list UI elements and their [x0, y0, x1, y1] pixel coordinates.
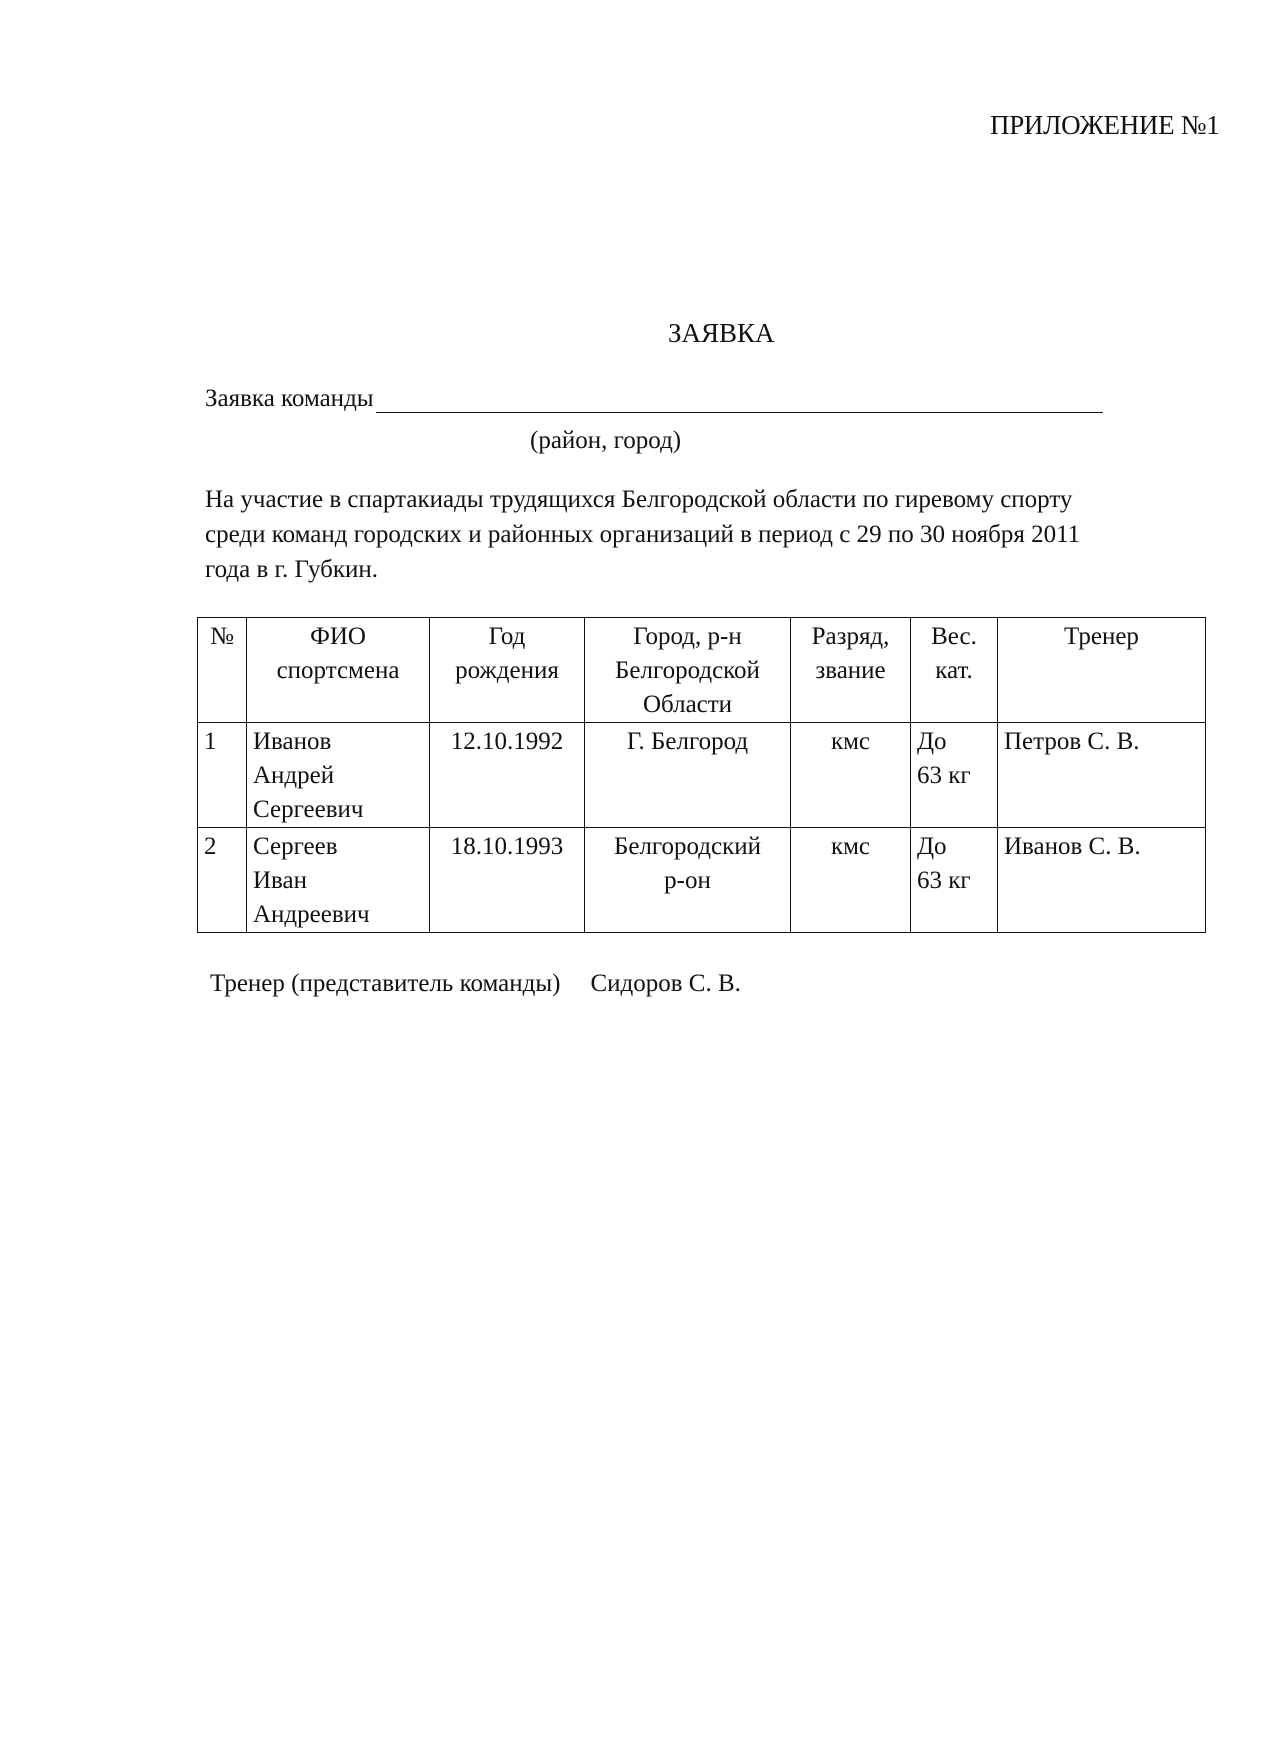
cell-num: 1 [198, 723, 247, 828]
cell-rank: кмс [791, 723, 911, 828]
cell-line: Сергеевич [253, 793, 423, 827]
cell-line: рождения [436, 654, 578, 688]
cell-line: Г. Белгород [591, 725, 784, 759]
cell-line: Иванов [253, 725, 423, 759]
header-rank: Разряд,звание [791, 618, 911, 723]
intro-paragraph: На участие в спартакиады трудящихся Белг… [205, 482, 1265, 587]
paragraph-line: среди команд городских и районных органи… [205, 517, 1265, 552]
cell-line: Вес. [917, 620, 991, 654]
cell-line: р-он [591, 864, 784, 898]
header-city: Город, р-нБелгородскойОбласти [585, 618, 791, 723]
header-birth: Годрождения [430, 618, 585, 723]
team-field-label: Заявка команды [205, 385, 374, 413]
cell-line: Белгородский [591, 830, 784, 864]
cell-line: До [917, 830, 991, 864]
coach-value: Сидоров С. В. [590, 970, 740, 997]
cell-line: Области [591, 688, 784, 722]
header-coach: Тренер [998, 618, 1206, 723]
table-row: 2 СергеевИванАндреевич 18.10.1993 Белгор… [198, 828, 1206, 933]
cell-line: Сергеев [253, 830, 423, 864]
cell-line: № [204, 620, 240, 654]
coach-signature-line: Тренер (представитель команды)Сидоров С.… [210, 970, 741, 998]
appendix-label: ПРИЛОЖЕНИЕ №1 [990, 110, 1219, 141]
header-num: № [198, 618, 247, 723]
cell-birth: 18.10.1993 [430, 828, 585, 933]
cell-weight: До63 кг [911, 828, 998, 933]
cell-weight: До63 кг [911, 723, 998, 828]
athletes-table: № ФИОспортсмена Годрождения Город, р-нБе… [197, 617, 1206, 933]
header-name: ФИОспортсмена [247, 618, 430, 723]
cell-name: ИвановАндрейСергеевич [247, 723, 430, 828]
team-field-blank[interactable] [376, 390, 1103, 413]
cell-line: До [917, 725, 991, 759]
cell-line: Иван [253, 864, 423, 898]
cell-line: 63 кг [917, 759, 991, 793]
cell-line: Разряд, [797, 620, 904, 654]
cell-line: Год [436, 620, 578, 654]
header-weight: Вес.кат. [911, 618, 998, 723]
cell-city: Белгородскийр-он [585, 828, 791, 933]
paragraph-line: года в г. Губкин. [205, 552, 1265, 587]
cell-city: Г. Белгород [585, 723, 791, 828]
cell-line: Тренер [1004, 620, 1199, 654]
cell-line: Город, р-н [591, 620, 784, 654]
cell-line: ФИО [253, 620, 423, 654]
cell-num: 2 [198, 828, 247, 933]
cell-line: кат. [917, 654, 991, 688]
cell-line: Андрей [253, 759, 423, 793]
table-row: 1 ИвановАндрейСергеевич 12.10.1992 Г. Бе… [198, 723, 1206, 828]
cell-line: Андреевич [253, 898, 423, 932]
cell-name: СергеевИванАндреевич [247, 828, 430, 933]
cell-birth: 12.10.1992 [430, 723, 585, 828]
cell-coach: Иванов С. В. [998, 828, 1206, 933]
cell-coach: Петров С. В. [998, 723, 1206, 828]
table-header-row: № ФИОспортсмена Годрождения Город, р-нБе… [198, 618, 1206, 723]
cell-line: 63 кг [917, 864, 991, 898]
paragraph-line: На участие в спартакиады трудящихся Белг… [205, 482, 1265, 517]
cell-rank: кмс [791, 828, 911, 933]
cell-line: Белгородской [591, 654, 784, 688]
cell-line: спортсмена [253, 654, 423, 688]
document-title: ЗАЯВКА [668, 318, 775, 349]
team-field-hint: (район, город) [530, 427, 681, 455]
team-field: Заявка команды [205, 385, 1103, 413]
cell-line: звание [797, 654, 904, 688]
coach-label: Тренер (представитель команды) [210, 970, 560, 997]
